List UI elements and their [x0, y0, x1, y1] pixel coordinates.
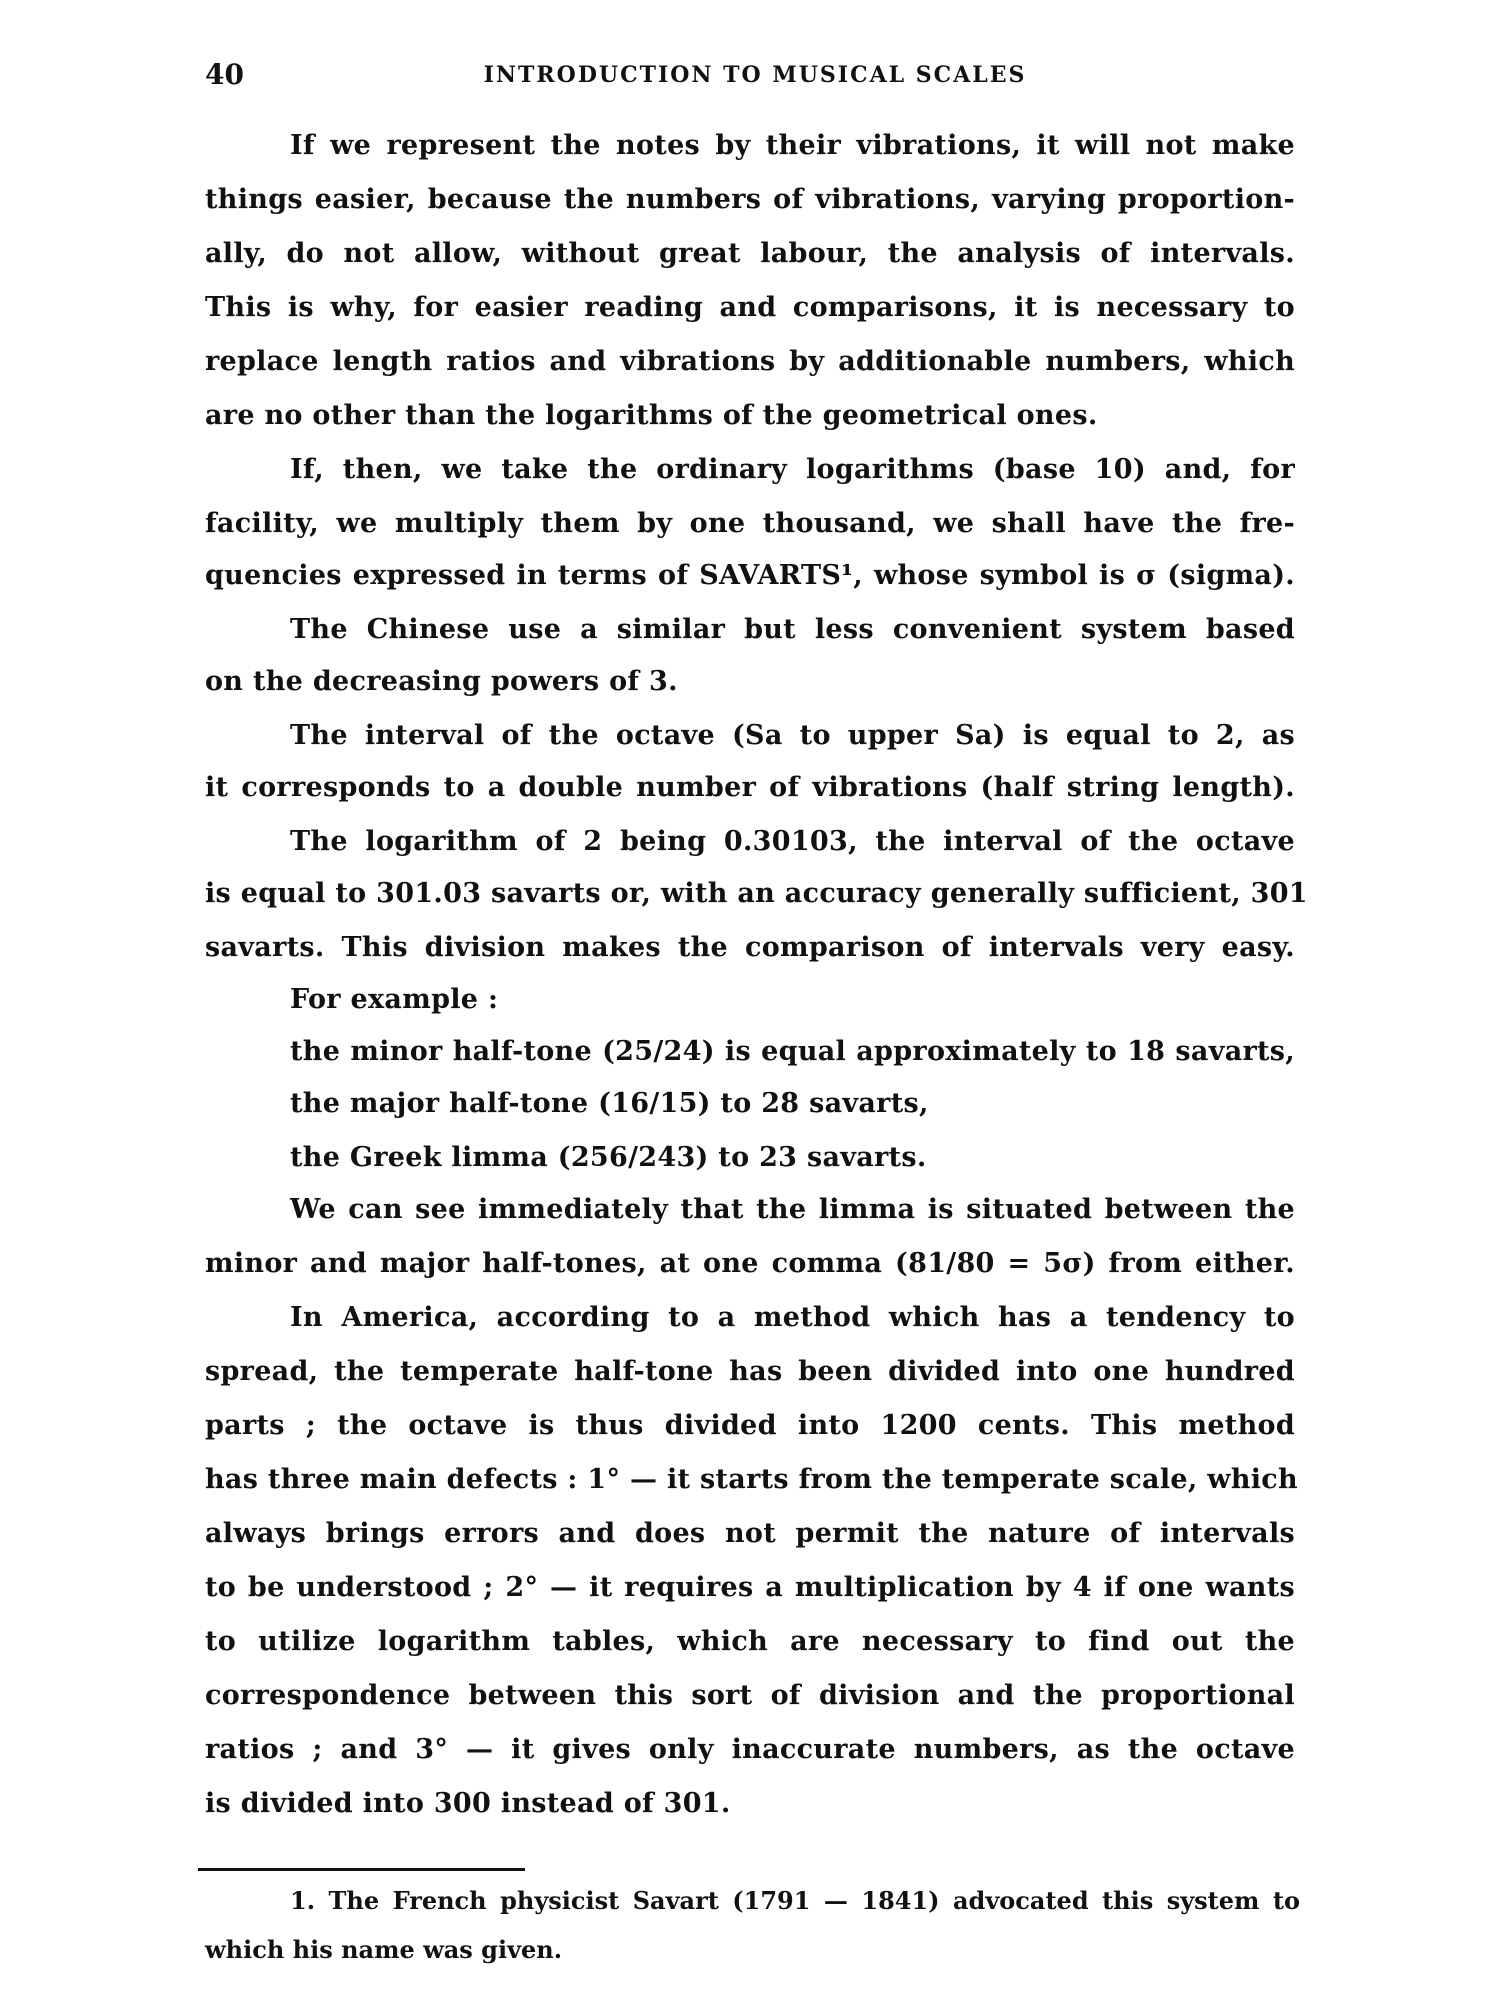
paragraph-line: to be understood ; 2° — it requires a mu…	[205, 1570, 1295, 1606]
footnote-line: 1. The French physicist Savart (1791 — 1…	[290, 1885, 1300, 1917]
paragraph-line: The Chinese use a similar but less conve…	[290, 612, 1295, 648]
paragraph-line: If we represent the notes by their vibra…	[290, 128, 1295, 164]
footnote-line: which his name was given.	[205, 1934, 562, 1966]
paragraph-line: is divided into 300 instead of 301.	[205, 1786, 1295, 1822]
paragraph-line: In America, according to a method which …	[290, 1300, 1295, 1336]
paragraph-line: savarts. This division makes the compari…	[205, 930, 1295, 966]
paragraph-line: has three main defects : 1° — it starts …	[205, 1462, 1295, 1498]
paragraph-line: to utilize logarithm tables, which are n…	[205, 1624, 1295, 1660]
footnote-divider	[198, 1868, 525, 1871]
example-line: the major half-tone (16/15) to 28 savart…	[290, 1086, 1295, 1122]
example-line: the minor half-tone (25/24) is equal app…	[290, 1034, 1295, 1070]
paragraph-line: If, then, we take the ordinary logarithm…	[290, 452, 1295, 488]
paragraph-line: parts ; the octave is thus divided into …	[205, 1408, 1295, 1444]
example-line: the Greek limma (256/243) to 23 savarts.	[290, 1140, 1295, 1176]
paragraph-line: on the decreasing powers of 3.	[205, 664, 1295, 700]
paragraph-line: The interval of the octave (Sa to upper …	[290, 718, 1295, 754]
paragraph-line: is equal to 301.03 savarts or, with an a…	[205, 876, 1295, 912]
paragraph-line: spread, the temperate half-tone has been…	[205, 1354, 1295, 1390]
paragraph-line: minor and major half-tones, at one comma…	[205, 1246, 1295, 1282]
paragraph-line: always brings errors and does not permit…	[205, 1516, 1295, 1552]
paragraph-line: are no other than the logarithms of the …	[205, 398, 1295, 434]
paragraph-line: ally, do not allow, without great labour…	[205, 236, 1295, 272]
paragraph-line: ratios ; and 3° — it gives only inaccura…	[205, 1732, 1295, 1768]
paragraph-line: replace length ratios and vibrations by …	[205, 344, 1295, 380]
paragraph-line: correspondence between this sort of divi…	[205, 1678, 1295, 1714]
paragraph-line: facility, we multiply them by one thousa…	[205, 506, 1295, 542]
example-heading: For example :	[290, 982, 1295, 1018]
paragraph-line: We can see immediately that the limma is…	[290, 1192, 1295, 1228]
paragraph-line: quencies expressed in terms of SAVARTS¹,…	[205, 558, 1295, 594]
book-page: 40 INTRODUCTION TO MUSICAL SCALES If we …	[0, 0, 1500, 2000]
page-header: 40 INTRODUCTION TO MUSICAL SCALES	[205, 58, 1305, 98]
paragraph-line: The logarithm of 2 being 0.30103, the in…	[290, 824, 1295, 860]
running-title: INTRODUCTION TO MUSICAL SCALES	[205, 62, 1305, 88]
paragraph-line: things easier, because the numbers of vi…	[205, 182, 1295, 218]
paragraph-line: This is why, for easier reading and comp…	[205, 290, 1295, 326]
paragraph-line: it corresponds to a double number of vib…	[205, 770, 1295, 806]
